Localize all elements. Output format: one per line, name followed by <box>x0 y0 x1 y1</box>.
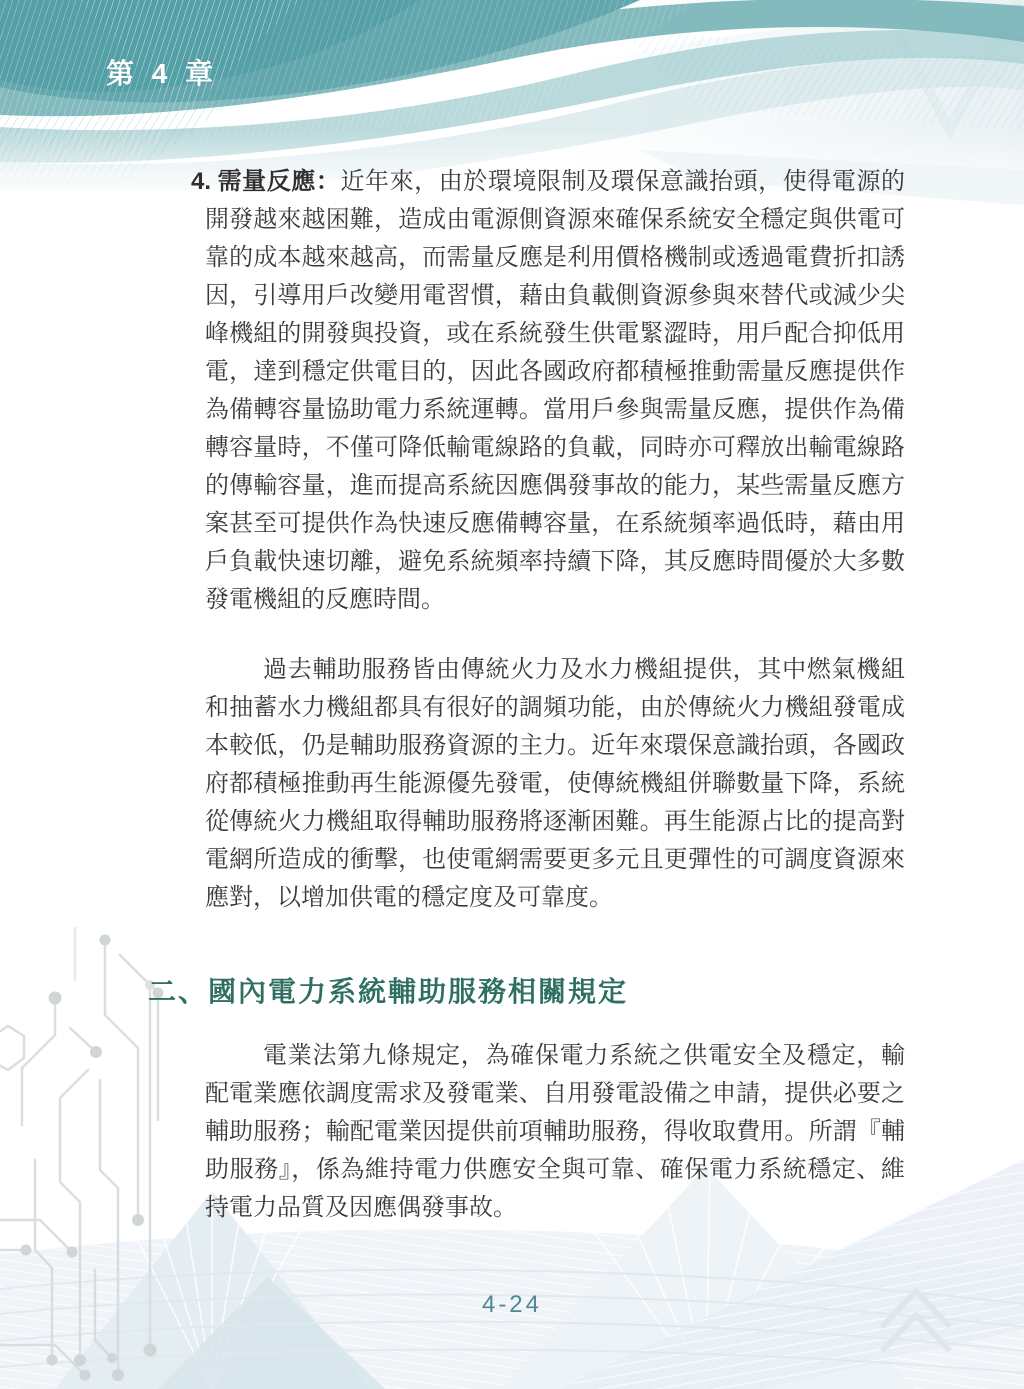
paragraph-electricity-act: 電業法第九條規定，為確保電力系統之供電安全及穩定，輸配電業應依調度需求及發電業、… <box>205 1037 905 1227</box>
list-item-number: 4. <box>191 168 217 195</box>
body-text-column: 4.需量反應：近年來，由於環境限制及環保意識抬頭，使得電源的開發越來越困難，造成… <box>205 163 905 1227</box>
page-number: 4-24 <box>0 1291 1024 1319</box>
section-heading: 二、國內電力系統輔助服務相關規定 <box>148 975 905 1009</box>
list-item-demand-response: 4.需量反應：近年來，由於環境限制及環保意識抬頭，使得電源的開發越來越困難，造成… <box>205 163 905 619</box>
list-item-body: 近年來，由於環境限制及環保意識抬頭，使得電源的開發越來越困難，造成由電源側資源來… <box>205 168 905 613</box>
list-item-title: 需量反應： <box>217 168 340 195</box>
paragraph-ancillary-history: 過去輔助服務皆由傳統火力及水力機組提供，其中燃氣機組和抽蓄水力機組都具有很好的調… <box>205 651 905 917</box>
document-page: 第 4 章 <box>0 0 1024 1389</box>
chapter-label: 第 4 章 <box>106 52 218 92</box>
